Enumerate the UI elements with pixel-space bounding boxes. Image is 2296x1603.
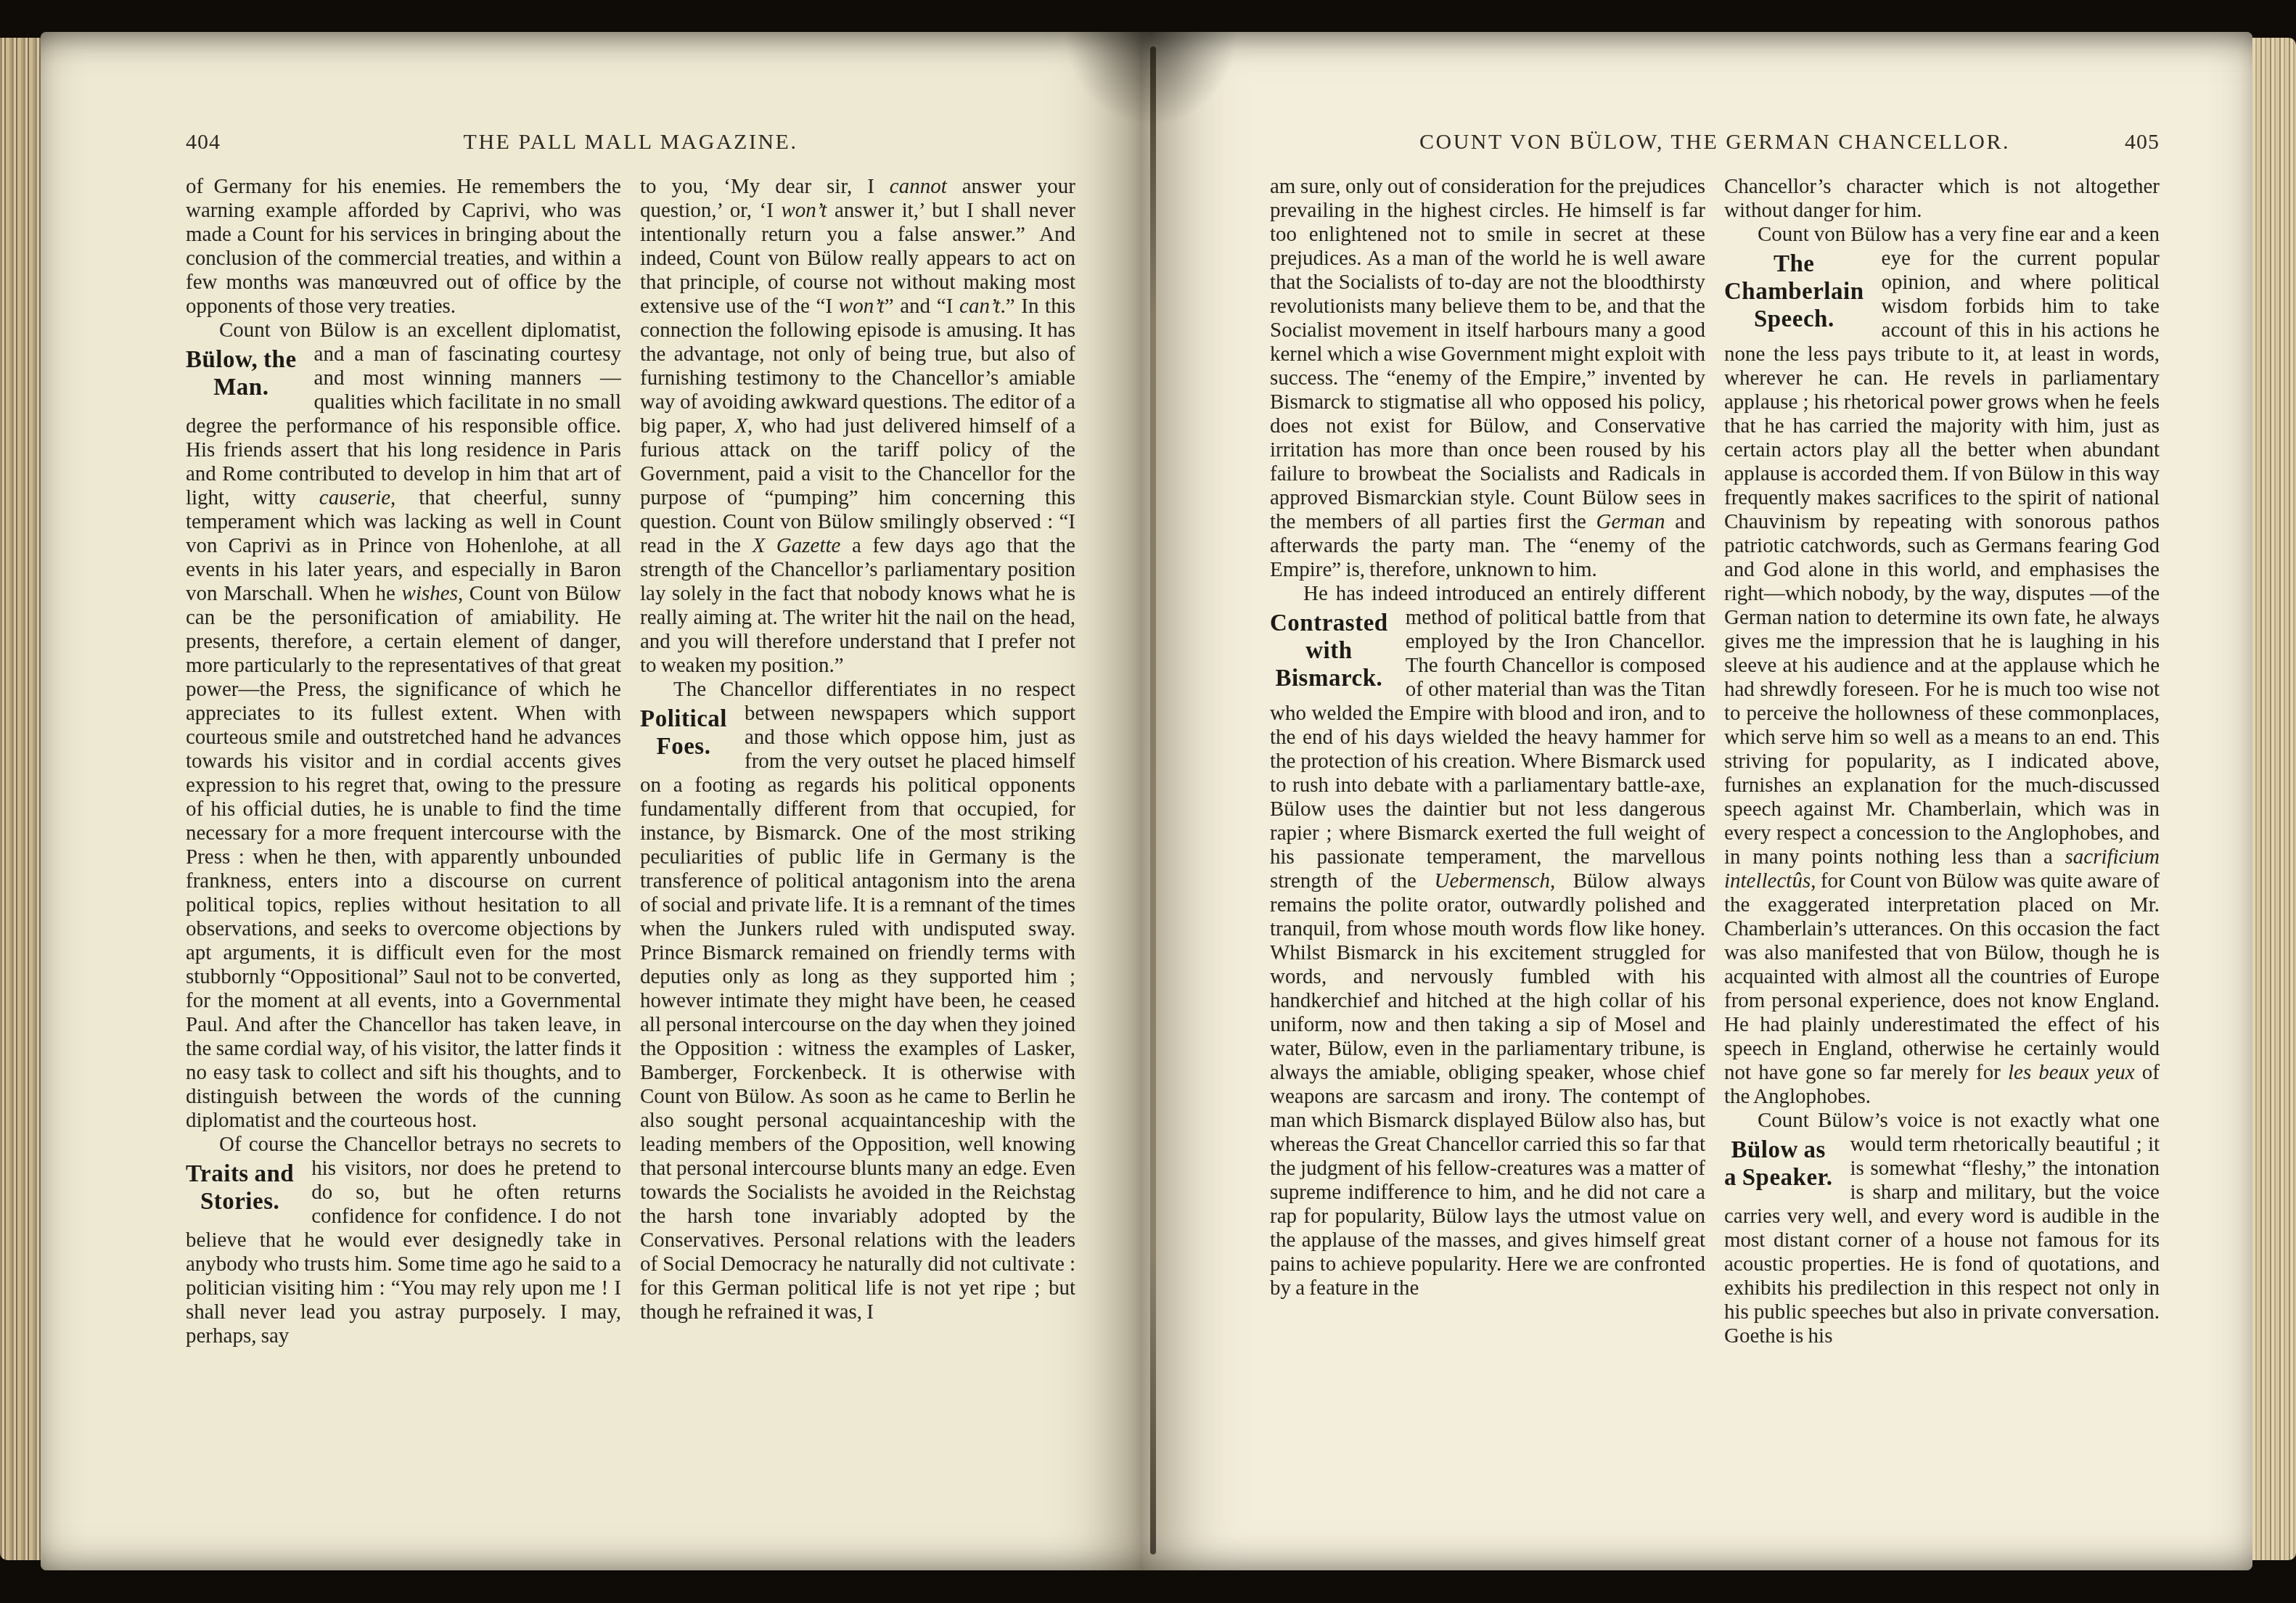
paragraph: Chancellor’s character which is not alto… — [1724, 175, 2160, 223]
margin-note-the-chamberlain-speech: The Chamberlain Speech. — [1724, 250, 1864, 333]
running-title-left: THE PALL MALL MAGAZINE. — [280, 130, 981, 155]
right-page-content: COUNT VON BÜLOW, THE GERMAN CHANCELLOR. … — [1270, 130, 2160, 1554]
page-number-right: 405 — [2065, 130, 2160, 155]
right-page: COUNT VON BÜLOW, THE GERMAN CHANCELLOR. … — [1141, 32, 2252, 1570]
margin-note-bulow-the-man: Bülow, the Man. — [186, 346, 297, 401]
paragraph-segment: that employed by the Iron Chancellor. Th… — [1270, 606, 1705, 1300]
margin-note-bulow-as-a-speaker: Bülow as a Speaker. — [1724, 1136, 1832, 1192]
left-page-header: 404 THE PALL MALL MAGAZINE. — [186, 130, 1075, 155]
paragraph: The Chancellor differentiates in no resp… — [640, 678, 1075, 1324]
book-photo: 404 THE PALL MALL MAGAZINE. of Germany f… — [0, 0, 2296, 1603]
page-number-left: 404 — [186, 130, 280, 155]
paragraph: Of course the Chancellor betrays no secr… — [186, 1133, 621, 1348]
right-page-column-1: am sure, only out of consideration for t… — [1270, 175, 1705, 1554]
book-gutter — [1150, 46, 1156, 1554]
paragraph: Count von Bülow is an excellent diplomat… — [186, 319, 621, 1133]
left-page: 404 THE PALL MALL MAGAZINE. of Germany f… — [41, 32, 1141, 1570]
left-page-column-1: of Germany for his enemies. He remembers… — [186, 175, 621, 1554]
right-page-column-2: Chancellor’s character which is not alto… — [1724, 175, 2160, 1554]
margin-note-political-foes: Political Foes. — [640, 705, 727, 760]
left-page-columns: of Germany for his enemies. He remembers… — [186, 175, 1075, 1554]
page-edge-stack-left — [0, 38, 42, 1560]
paragraph-segment: opinion, and where political wisdom forb… — [1724, 271, 2160, 1108]
margin-note-traits-and-stories: Traits and Stories. — [186, 1160, 294, 1215]
right-page-columns: am sure, only out of consideration for t… — [1270, 175, 2160, 1554]
paragraph: am sure, only out of consideration for t… — [1270, 175, 1705, 582]
running-title-right: COUNT VON BÜLOW, THE GERMAN CHANCELLOR. — [1364, 130, 2065, 155]
page-edge-stack-right — [2252, 38, 2296, 1560]
paragraph: of Germany for his enemies. He remembers… — [186, 175, 621, 319]
paragraph-segment: support and those which oppose him, just… — [640, 702, 1075, 1324]
margin-note-contrasted-with-bismarck: Contrasted with Bismarck. — [1270, 610, 1388, 692]
left-page-content: 404 THE PALL MALL MAGAZINE. of Germany f… — [186, 130, 1075, 1554]
paragraph: Count von Bülow has a very fine ear and … — [1724, 223, 2160, 1109]
paragraph: to you, ‘My dear sir, I cannot answer yo… — [640, 175, 1075, 678]
paragraph: Count Bülow’s voice is not exactly what … — [1724, 1109, 2160, 1348]
right-page-header: COUNT VON BÜLOW, THE GERMAN CHANCELLOR. … — [1270, 130, 2160, 155]
paragraph-segment: and most winning manners —qualities whic… — [186, 366, 621, 1132]
left-page-column-2: to you, ‘My dear sir, I cannot answer yo… — [640, 175, 1075, 1554]
paragraph: He has indeed introduced an entirely dif… — [1270, 582, 1705, 1300]
